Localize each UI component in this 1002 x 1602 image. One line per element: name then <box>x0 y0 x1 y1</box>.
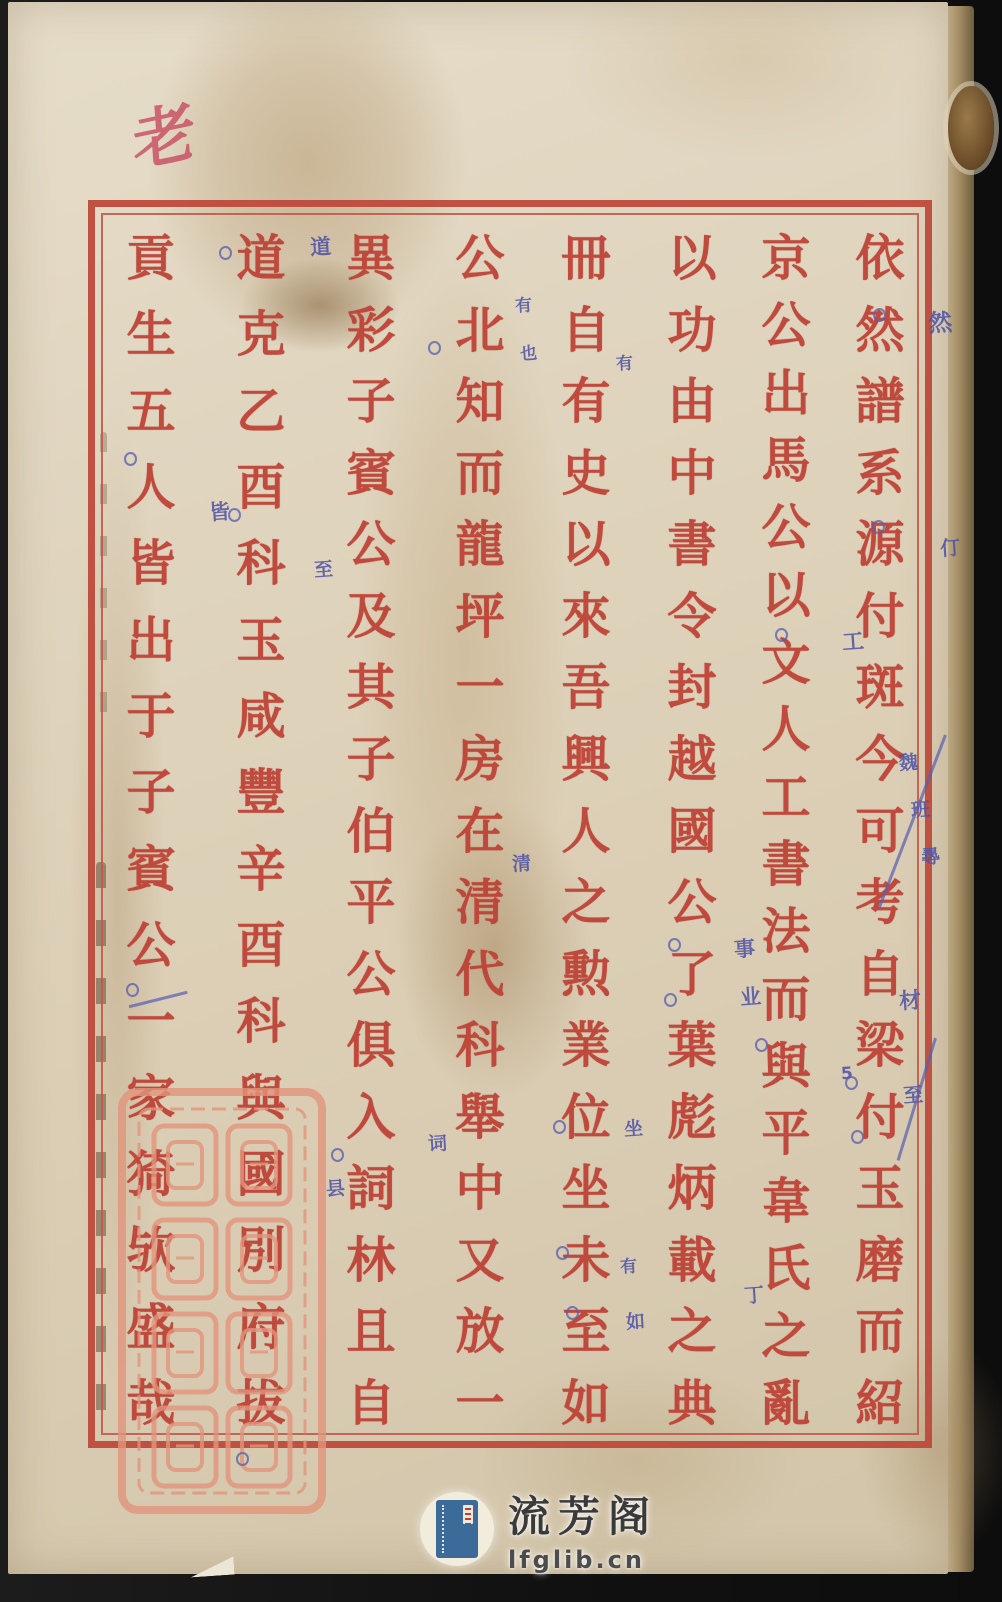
blue-annotation: 有 <box>615 348 634 374</box>
blue-annotation: 有 <box>619 1251 638 1277</box>
reading-mark-circle <box>236 1452 249 1466</box>
blue-annotation: 也 <box>519 338 538 364</box>
reading-mark-circle <box>219 246 232 260</box>
reading-mark-circle <box>228 508 241 522</box>
binding-hole <box>948 86 994 170</box>
blue-annotation: 道 <box>309 230 332 261</box>
watermark-badge <box>420 1492 494 1566</box>
reading-mark-circle <box>566 1306 579 1320</box>
reading-mark-circle <box>553 1120 566 1134</box>
blue-annotation: 清 <box>511 848 532 876</box>
blue-annotation: 县 <box>325 1173 346 1201</box>
reading-mark-circle <box>124 452 137 466</box>
reading-mark-circle <box>668 938 681 952</box>
reading-mark-circle <box>872 520 885 534</box>
reading-mark-circle <box>331 1148 344 1162</box>
blue-annotation: 如 <box>625 1306 646 1334</box>
reading-mark-circle <box>755 1038 768 1052</box>
paper-stain <box>563 0 933 162</box>
text-column: 公北知而龍坪一房在清代科舉中又放一 <box>448 234 512 1428</box>
watermark: 流芳阁 lfglib.cn <box>420 1486 658 1572</box>
blue-annotation: 皆 <box>208 495 231 526</box>
text-column: 依然譜系源付斑今可考自梁付玉磨而紹 <box>848 234 912 1428</box>
blue-annotation: 坐 <box>623 1113 644 1141</box>
paper-corner-tear <box>189 1556 234 1577</box>
reading-mark-circle <box>664 993 677 1007</box>
reading-mark-circle <box>873 308 886 322</box>
blue-annotation: 有 <box>514 290 533 316</box>
blue-annotation: 工 <box>841 624 865 656</box>
reading-mark-circle <box>775 628 788 642</box>
watermark-site-name: 流芳阁 <box>508 1484 658 1544</box>
blue-annotation: 仃 <box>939 531 961 561</box>
blue-annotation: 然 <box>927 302 953 339</box>
blue-annotation: 材 <box>898 983 922 1015</box>
margin-mark: 老 <box>129 79 198 185</box>
thread-bound-book-icon <box>436 1500 478 1558</box>
text-column: 異彩子賓公及其子伯平公俱入詞林且自 <box>339 234 403 1428</box>
reading-mark-circle <box>851 1130 864 1144</box>
text-column: 京公出馬公以文人工書法而與平韋氏之亂 <box>754 234 818 1428</box>
book-title-label <box>463 1505 473 1524</box>
blue-annotation: 至 <box>313 554 334 582</box>
blue-annotation: 事 <box>733 932 756 963</box>
blue-annotation: 㝷 <box>920 841 941 869</box>
blue-annotation: 业 <box>739 980 762 1011</box>
watermark-site-url: lfglib.cn <box>508 1546 658 1574</box>
reading-mark-circle <box>845 1076 858 1090</box>
blue-annotation: 丁 <box>743 1278 765 1308</box>
reading-mark-circle <box>126 983 139 997</box>
text-column: 以功由中書令封越國公了葉彪炳載之典 <box>660 234 724 1428</box>
collector-seal <box>116 1086 328 1516</box>
scanned-manuscript-page: 老 依然譜系源付斑今可考自梁付玉磨而紹京公出馬公以文人工書法而與平韋氏之亂以功由… <box>0 0 1002 1602</box>
reading-mark-circle <box>428 341 441 355</box>
blue-annotation: 词 <box>427 1128 448 1156</box>
reading-mark-circle <box>556 1246 569 1260</box>
blue-annotation: 魏 <box>898 747 919 775</box>
